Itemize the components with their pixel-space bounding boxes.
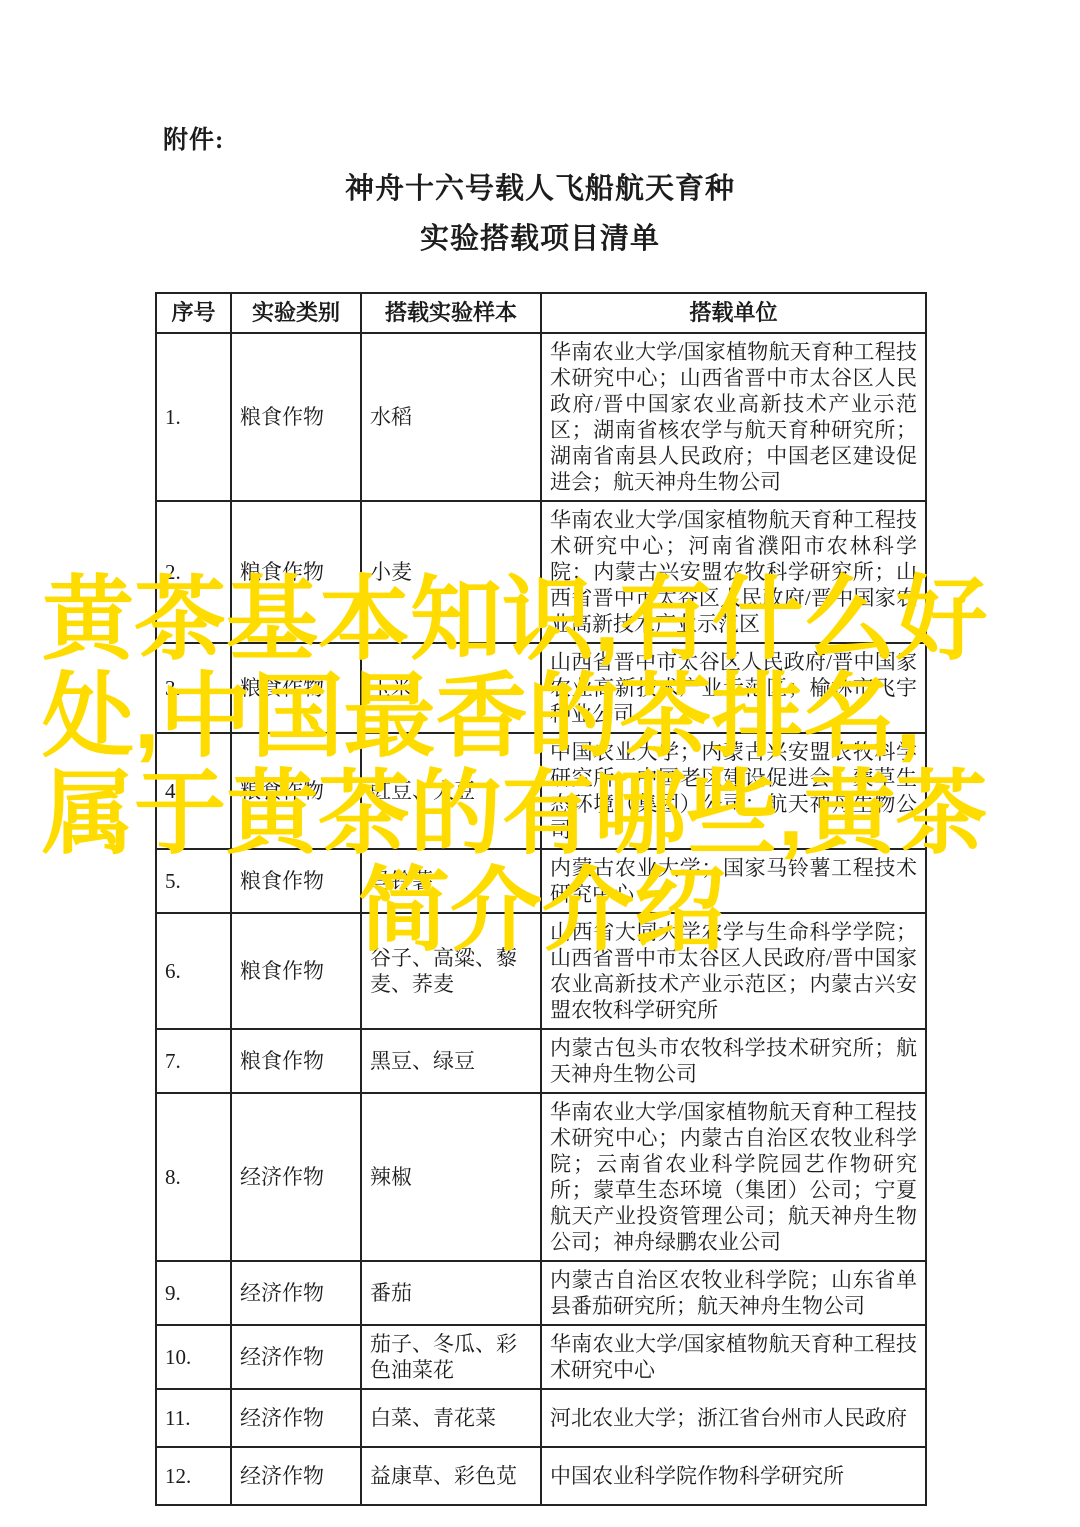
category-cell: 粮食作物	[231, 333, 361, 501]
payload-table: 序号 实验类别 搭载实验样本 搭载单位 1.粮食作物水稻华南农业大学/国家植物航…	[155, 292, 927, 1506]
category-cell: 粮食作物	[231, 501, 361, 643]
sample-cell: 谷子、高粱、藜麦、荞麦	[361, 913, 541, 1029]
unit-cell: 中国农业大学；内蒙古兴安盟农牧科学研究所；中国老区建设促进会；蒙草生态环境（集团…	[541, 733, 926, 849]
table-row: 1.粮食作物水稻华南农业大学/国家植物航天育种工程技术研究中心；山西省晋中市太谷…	[156, 333, 926, 501]
category-cell: 经济作物	[231, 1261, 361, 1325]
header-number: 序号	[156, 293, 231, 333]
category-cell: 经济作物	[231, 1389, 361, 1447]
unit-cell: 内蒙古包头市农牧科学技术研究所；航天神舟生物公司	[541, 1029, 926, 1093]
unit-cell: 华南农业大学/国家植物航天育种工程技术研究中心；山西省晋中市太谷区人民政府/晋中…	[541, 333, 926, 501]
table-row: 4.粮食作物豇豆、大豆中国农业大学；内蒙古兴安盟农牧科学研究所；中国老区建设促进…	[156, 733, 926, 849]
unit-cell: 内蒙古农业大学；国家马铃薯工程技术研究中心	[541, 849, 926, 913]
document-page: 附件: 神舟十六号载人飞船航天育种 实验搭载项目清单 序号 实验类别 搭载实验样…	[0, 0, 1080, 1527]
row-number-cell: 12.	[156, 1447, 231, 1505]
table-row: 11.经济作物白菜、青花菜河北农业大学；浙江省台州市人民政府	[156, 1389, 926, 1447]
unit-cell: 山西省晋中市太谷区人民政府/晋中国家农业高新技术产业示范区；榆林市飞宇种业公司	[541, 643, 926, 733]
unit-cell: 华南农业大学/国家植物航天育种工程技术研究中心；内蒙古自治区农牧业科学院；云南省…	[541, 1093, 926, 1261]
sample-cell: 豇豆、大豆	[361, 733, 541, 849]
sample-cell: 茄子、冬瓜、彩色油菜花	[361, 1325, 541, 1389]
category-cell: 粮食作物	[231, 733, 361, 849]
table-row: 9.经济作物番茄内蒙古自治区农牧业科学院；山东省单县番茄研究所；航天神舟生物公司	[156, 1261, 926, 1325]
row-number-cell: 9.	[156, 1261, 231, 1325]
sample-cell: 马铃薯	[361, 849, 541, 913]
header-unit: 搭载单位	[541, 293, 926, 333]
table-header-row: 序号 实验类别 搭载实验样本 搭载单位	[156, 293, 926, 333]
row-number-cell: 4.	[156, 733, 231, 849]
row-number-cell: 2.	[156, 501, 231, 643]
row-number-cell: 3.	[156, 643, 231, 733]
category-cell: 粮食作物	[231, 1029, 361, 1093]
category-cell: 粮食作物	[231, 913, 361, 1029]
row-number-cell: 5.	[156, 849, 231, 913]
row-number-cell: 7.	[156, 1029, 231, 1093]
category-cell: 粮食作物	[231, 849, 361, 913]
category-cell: 经济作物	[231, 1447, 361, 1505]
category-cell: 经济作物	[231, 1325, 361, 1389]
table-row: 8.经济作物辣椒华南农业大学/国家植物航天育种工程技术研究中心；内蒙古自治区农牧…	[156, 1093, 926, 1261]
attachment-label: 附件:	[163, 120, 224, 156]
header-category: 实验类别	[231, 293, 361, 333]
table-row: 7.粮食作物黑豆、绿豆内蒙古包头市农牧科学技术研究所；航天神舟生物公司	[156, 1029, 926, 1093]
document-title: 神舟十六号载人飞船航天育种 实验搭载项目清单	[155, 164, 925, 264]
sample-cell: 小麦	[361, 501, 541, 643]
document-title-line2: 实验搭载项目清单	[155, 214, 925, 264]
table-body: 1.粮食作物水稻华南农业大学/国家植物航天育种工程技术研究中心；山西省晋中市太谷…	[156, 333, 926, 1505]
category-cell: 粮食作物	[231, 643, 361, 733]
sample-cell: 水稻	[361, 333, 541, 501]
header-sample: 搭载实验样本	[361, 293, 541, 333]
sample-cell: 益康草、彩色苋	[361, 1447, 541, 1505]
sample-cell: 黑豆、绿豆	[361, 1029, 541, 1093]
table-row: 3.粮食作物玉米山西省晋中市太谷区人民政府/晋中国家农业高新技术产业示范区；榆林…	[156, 643, 926, 733]
unit-cell: 中国农业科学院作物科学研究所	[541, 1447, 926, 1505]
unit-cell: 华南农业大学/国家植物航天育种工程技术研究中心	[541, 1325, 926, 1389]
document-title-line1: 神舟十六号载人飞船航天育种	[155, 164, 925, 214]
sample-cell: 白菜、青花菜	[361, 1389, 541, 1447]
row-number-cell: 1.	[156, 333, 231, 501]
sample-cell: 番茄	[361, 1261, 541, 1325]
row-number-cell: 6.	[156, 913, 231, 1029]
unit-cell: 山西省大同大学农学与生命科学学院；山西省晋中市太谷区人民政府/晋中国家农业高新技…	[541, 913, 926, 1029]
row-number-cell: 11.	[156, 1389, 231, 1447]
category-cell: 经济作物	[231, 1093, 361, 1261]
unit-cell: 河北农业大学；浙江省台州市人民政府	[541, 1389, 926, 1447]
unit-cell: 华南农业大学/国家植物航天育种工程技术研究中心；河南省濮阳市农林科学院；内蒙古兴…	[541, 501, 926, 643]
unit-cell: 内蒙古自治区农牧业科学院；山东省单县番茄研究所；航天神舟生物公司	[541, 1261, 926, 1325]
row-number-cell: 8.	[156, 1093, 231, 1261]
table-row: 5.粮食作物马铃薯内蒙古农业大学；国家马铃薯工程技术研究中心	[156, 849, 926, 913]
table-row: 12.经济作物益康草、彩色苋中国农业科学院作物科学研究所	[156, 1447, 926, 1505]
table-row: 6.粮食作物谷子、高粱、藜麦、荞麦山西省大同大学农学与生命科学学院；山西省晋中市…	[156, 913, 926, 1029]
table-row: 10.经济作物茄子、冬瓜、彩色油菜花华南农业大学/国家植物航天育种工程技术研究中…	[156, 1325, 926, 1389]
sample-cell: 玉米	[361, 643, 541, 733]
sample-cell: 辣椒	[361, 1093, 541, 1261]
table-row: 2.粮食作物小麦华南农业大学/国家植物航天育种工程技术研究中心；河南省濮阳市农林…	[156, 501, 926, 643]
row-number-cell: 10.	[156, 1325, 231, 1389]
